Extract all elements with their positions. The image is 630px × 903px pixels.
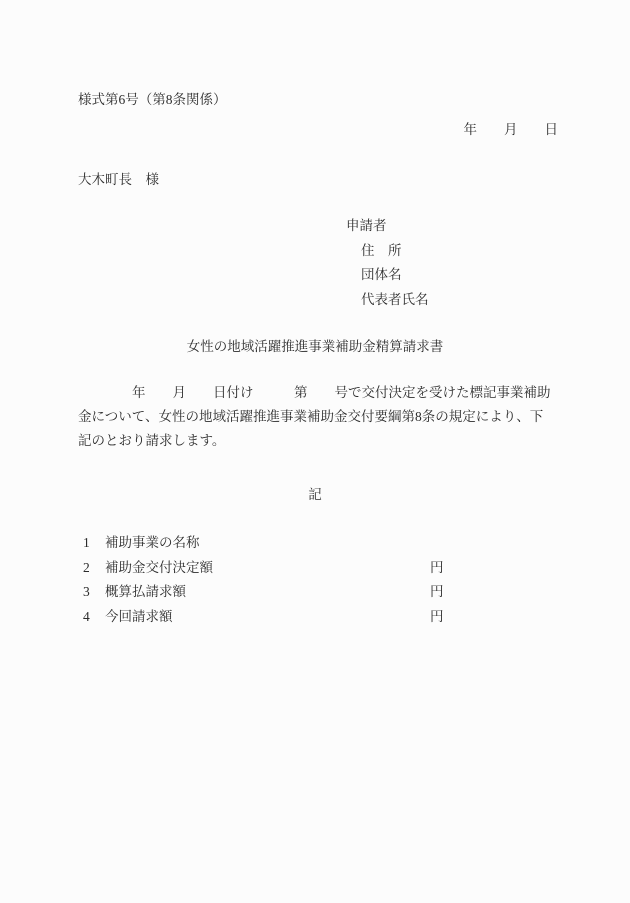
item-unit: 円 (430, 605, 444, 630)
item-label: 概算払請求額 (105, 584, 186, 599)
form-number: 様式第6号（第8条関係） (78, 88, 227, 112)
body-line-2: 金について、女性の地域活躍推進事業補助金交付要綱第8条の規定により、下 (78, 405, 556, 429)
document-title: 女性の地域活躍推進事業補助金精算請求書 (0, 335, 630, 359)
item-number: 2 (83, 556, 105, 581)
applicant-label: 申請者 (346, 214, 429, 239)
list-item-1: 1補助事業の名称 (78, 531, 556, 556)
section-marker: 記 (0, 483, 630, 507)
applicant-field-representative: 代表者氏名 (346, 288, 429, 313)
body-paragraph: 年 月 日付け 第 号で交付決定を受けた標記事業補助 金について、女性の地域活躍… (78, 381, 556, 453)
item-number: 1 (83, 531, 105, 556)
item-unit: 円 (430, 580, 444, 605)
list-item-3: 3概算払請求額円 (78, 580, 556, 605)
applicant-field-organization: 団体名 (346, 263, 429, 288)
item-label: 補助事業の名称 (105, 535, 200, 550)
applicant-field-address: 住 所 (346, 239, 429, 264)
item-label: 今回請求額 (105, 609, 173, 624)
list-item-2: 2補助金交付決定額円 (78, 556, 556, 581)
item-list: 1補助事業の名称 2補助金交付決定額円 3概算払請求額円 4今回請求額円 (78, 531, 556, 629)
addressee: 大木町長 様 (78, 168, 159, 192)
item-unit: 円 (430, 556, 444, 581)
body-line-3: 記のとおり請求します。 (78, 429, 556, 453)
document-page: 様式第6号（第8条関係） 年 月 日 大木町長 様 申請者 住 所 団体名 代表… (0, 0, 630, 903)
date-line: 年 月 日 (464, 118, 559, 142)
item-number: 3 (83, 580, 105, 605)
applicant-block: 申請者 住 所 団体名 代表者氏名 (346, 214, 429, 313)
body-line-1: 年 月 日付け 第 号で交付決定を受けた標記事業補助 (78, 381, 556, 405)
list-item-4: 4今回請求額円 (78, 605, 556, 630)
item-label: 補助金交付決定額 (105, 560, 213, 575)
item-number: 4 (83, 605, 105, 630)
